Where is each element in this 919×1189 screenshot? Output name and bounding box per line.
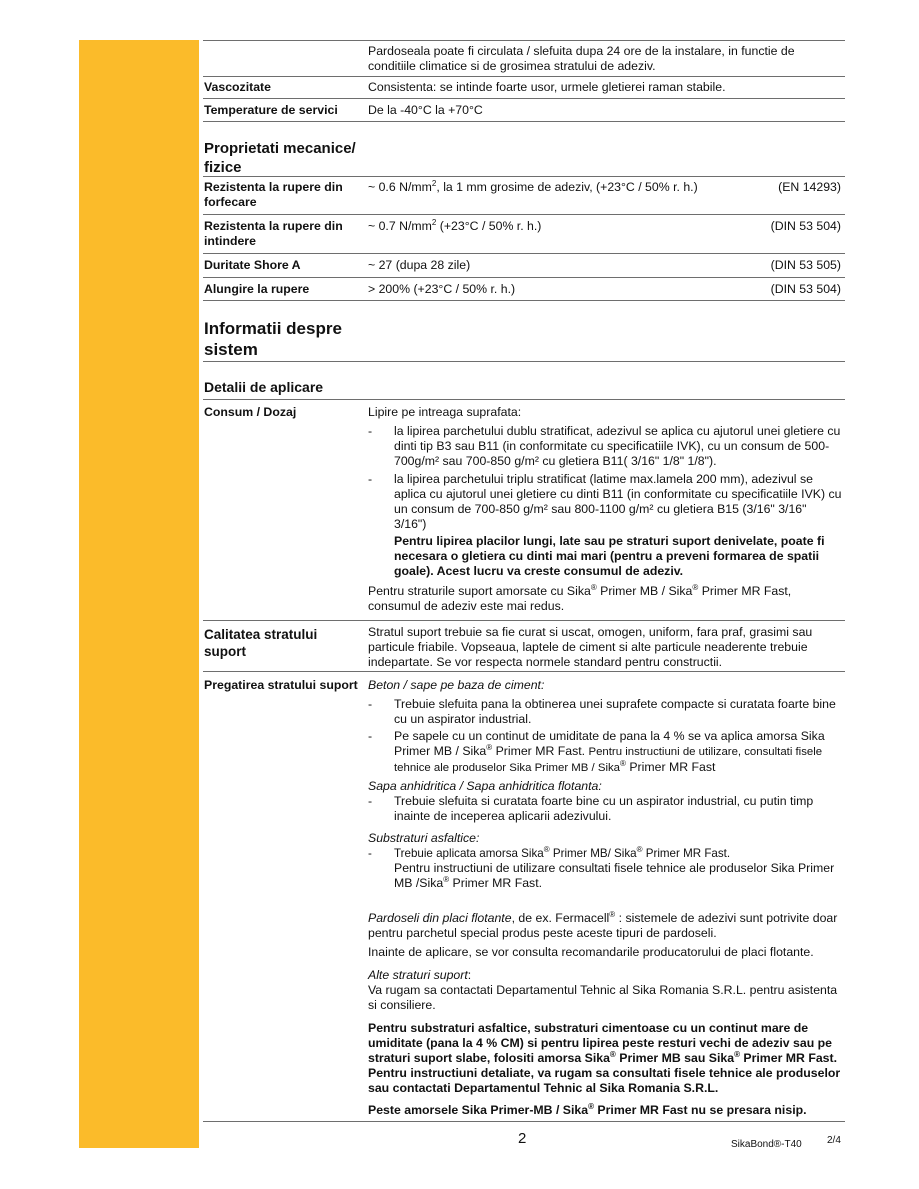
- rule: [203, 98, 845, 99]
- rule: [203, 40, 845, 41]
- application-section-title: Detalii de aplicare: [204, 378, 323, 397]
- primer-bold-note: Pentru substraturi asfaltice, substratur…: [368, 1021, 842, 1096]
- asphalt-title: Substraturi asfaltice:: [368, 831, 842, 846]
- floating-floors-note: Pardoseli din placi flotante, de ex. Fer…: [368, 911, 842, 941]
- rule: [203, 121, 845, 122]
- product-name: SikaBond®-T40: [731, 1139, 802, 1150]
- rule: [203, 1121, 845, 1122]
- brand-sidebar-bar: [79, 40, 199, 1148]
- rule: [203, 176, 845, 177]
- rule: [203, 214, 845, 215]
- rule: [203, 399, 845, 400]
- shear-strength-ref: (EN 14293): [778, 180, 841, 195]
- rule: [203, 300, 845, 301]
- rule: [203, 76, 845, 77]
- concrete-bullet: - Pe sapele cu un continut de umiditate …: [368, 729, 842, 776]
- substrate-quality-label: Calitatea stratului suport: [204, 626, 362, 660]
- service-temp-label: Temperature de servici: [204, 103, 374, 118]
- rule: [203, 277, 845, 278]
- other-substrates: Alte straturi suport:Va rugam sa contact…: [368, 968, 842, 1013]
- rule: [203, 671, 845, 672]
- elongation-label: Alungire la rupere: [204, 282, 362, 297]
- rule: [203, 620, 845, 621]
- consumption-bullet: - la lipirea parchetului dublu stratific…: [368, 424, 842, 469]
- shore-hardness-ref: (DIN 53 505): [771, 258, 841, 273]
- consumption-primer-note: Pentru straturile suport amorsate cu Sik…: [368, 584, 842, 614]
- viscosity-value: Consistenta: se intinde foarte usor, urm…: [368, 80, 842, 95]
- page-of: 2/4: [827, 1135, 841, 1146]
- rule: [203, 361, 845, 362]
- curing-note: Pardoseala poate fi circulata / slefuita…: [368, 44, 842, 74]
- tensile-strength-label: Rezistenta la rupere din intindere: [204, 219, 362, 249]
- rule: [203, 253, 845, 254]
- anhydrite-title: Sapa anhidritica / Sapa anhidritica flot…: [368, 779, 842, 794]
- viscosity-label: Vascozitate: [204, 80, 362, 95]
- consumption-bold-note: Pentru lipirea placilor lungi, late sau …: [368, 534, 842, 579]
- elongation-ref: (DIN 53 504): [771, 282, 841, 297]
- floating-floors-advice: Inainte de aplicare, se vor consulta rec…: [368, 945, 842, 960]
- system-section-title: Informatii despre sistem: [204, 318, 364, 360]
- service-temp-value: De la -40°C la +70°C: [368, 103, 842, 118]
- tensile-strength-ref: (DIN 53 504): [771, 219, 841, 234]
- consumption-intro: Lipire pe intreaga suprafata:: [368, 405, 842, 420]
- consumption-bullet: - la lipirea parchetului triplu stratifi…: [368, 472, 842, 532]
- substrate-prep-label: Pregatirea stratului suport: [204, 678, 362, 693]
- mech-section-title: Proprietati mecanice/ fizice: [204, 139, 364, 177]
- anhydrite-bullet: - Trebuie slefuita si curatata foarte bi…: [368, 794, 842, 824]
- no-sand-note: Peste amorsele Sika Primer-MB / Sika® Pr…: [368, 1103, 842, 1118]
- shear-strength-label: Rezistenta la rupere din forfecare: [204, 180, 362, 210]
- consumption-label: Consum / Dozaj: [204, 405, 362, 420]
- shore-hardness-label: Duritate Shore A: [204, 258, 362, 273]
- substrate-quality-value: Stratul suport trebuie sa fie curat si u…: [368, 625, 842, 670]
- concrete-title: Beton / sape pe baza de ciment:: [368, 678, 842, 693]
- page-number: 2: [518, 1130, 526, 1147]
- shear-strength-value: ~ 0.6 N/mm2, la 1 mm grosime de adeziv, …: [368, 180, 842, 195]
- asphalt-bullet: - Trebuie aplicata amorsa Sika® Primer M…: [368, 846, 842, 891]
- concrete-bullet: - Trebuie slefuita pana la obtinerea une…: [368, 697, 842, 727]
